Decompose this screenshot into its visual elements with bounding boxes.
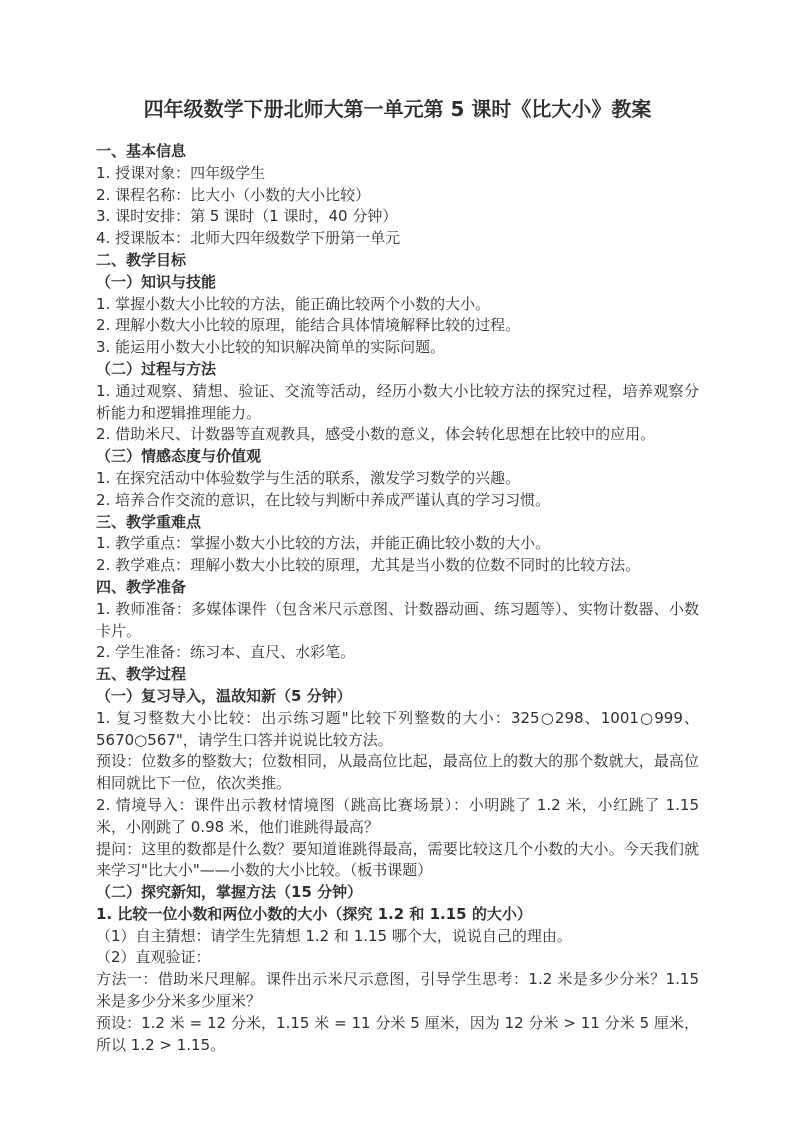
paragraph: 1. 在探究活动中体验数学与生活的联系，激发学习数学的兴趣。 [96,468,699,490]
section-heading: 四、教学准备 [96,577,699,599]
document-title: 四年级数学下册北师大第一单元第 5 课时《比大小》教案 [96,96,699,123]
paragraph: 预设：1.2 米 = 12 分米，1.15 米 = 11 分米 5 厘米，因为 … [96,1013,699,1057]
paragraph: 提问：这里的数都是什么数？要知道谁跳得最高，需要比较这几个小数的大小。今天我们就… [96,839,699,883]
paragraph: 3. 课时安排：第 5 课时（1 课时，40 分钟） [96,206,699,228]
section-heading: （一）知识与技能 [96,272,699,294]
section-heading: （三）情感态度与价值观 [96,446,699,468]
document-body: 一、基本信息1. 授课对象：四年级学生2. 课程名称：比大小（小数的大小比较）3… [96,141,699,1056]
paragraph: 2. 借助米尺、计数器等直观教具，感受小数的意义，体会转化思想在比较中的应用。 [96,424,699,446]
paragraph: （2）直观验证： [96,947,699,969]
document-page: 四年级数学下册北师大第一单元第 5 课时《比大小》教案 一、基本信息1. 授课对… [0,0,794,1123]
paragraph: 1. 教学重点：掌握小数大小比较的方法，并能正确比较小数的大小。 [96,533,699,555]
document-content: 四年级数学下册北师大第一单元第 5 课时《比大小》教案 一、基本信息1. 授课对… [0,0,794,1056]
paragraph: 1. 教师准备：多媒体课件（包含米尺示意图、计数器动画、练习题等）、实物计数器、… [96,599,699,643]
paragraph: （1）自主猜想：请学生先猜想 1.2 和 1.15 哪个大，说说自己的理由。 [96,926,699,948]
section-heading: （二）探究新知，掌握方法（15 分钟） [96,882,699,904]
section-heading: 1. 比较一位小数和两位小数的大小（探究 1.2 和 1.15 的大小） [96,904,699,926]
section-heading: 三、教学重难点 [96,512,699,534]
paragraph: 预设：位数多的整数大；位数相同，从最高位比起，最高位上的数大的那个数就大，最高位… [96,751,699,795]
paragraph: 3. 能运用小数大小比较的知识解决简单的实际问题。 [96,337,699,359]
paragraph: 2. 理解小数大小比较的原理，能结合具体情境解释比较的过程。 [96,315,699,337]
section-heading: 二、教学目标 [96,250,699,272]
section-heading: （二）过程与方法 [96,359,699,381]
paragraph: 1. 掌握小数大小比较的方法，能正确比较两个小数的大小。 [96,294,699,316]
paragraph: 2. 学生准备：练习本、直尺、水彩笔。 [96,642,699,664]
section-heading: 五、教学过程 [96,664,699,686]
paragraph: 2. 情境导入：课件出示教材情境图（跳高比赛场景）：小明跳了 1.2 米，小红跳… [96,795,699,839]
paragraph: 2. 课程名称：比大小（小数的大小比较） [96,185,699,207]
paragraph: 1. 授课对象：四年级学生 [96,163,699,185]
paragraph: 方法一：借助米尺理解。课件出示米尺示意图，引导学生思考：1.2 米是多少分米？1… [96,969,699,1013]
section-heading: （一）复习导入，温故知新（5 分钟） [96,686,699,708]
paragraph: 1. 复习整数大小比较：出示练习题"比较下列整数的大小：325○298、1001… [96,708,699,752]
paragraph: 1. 通过观察、猜想、验证、交流等活动，经历小数大小比较方法的探究过程，培养观察… [96,381,699,425]
section-heading: 一、基本信息 [96,141,699,163]
paragraph: 2. 培养合作交流的意识，在比较与判断中养成严谨认真的学习习惯。 [96,490,699,512]
paragraph: 4. 授课版本：北师大四年级数学下册第一单元 [96,228,699,250]
paragraph: 2. 教学难点：理解小数大小比较的原理，尤其是当小数的位数不同时的比较方法。 [96,555,699,577]
